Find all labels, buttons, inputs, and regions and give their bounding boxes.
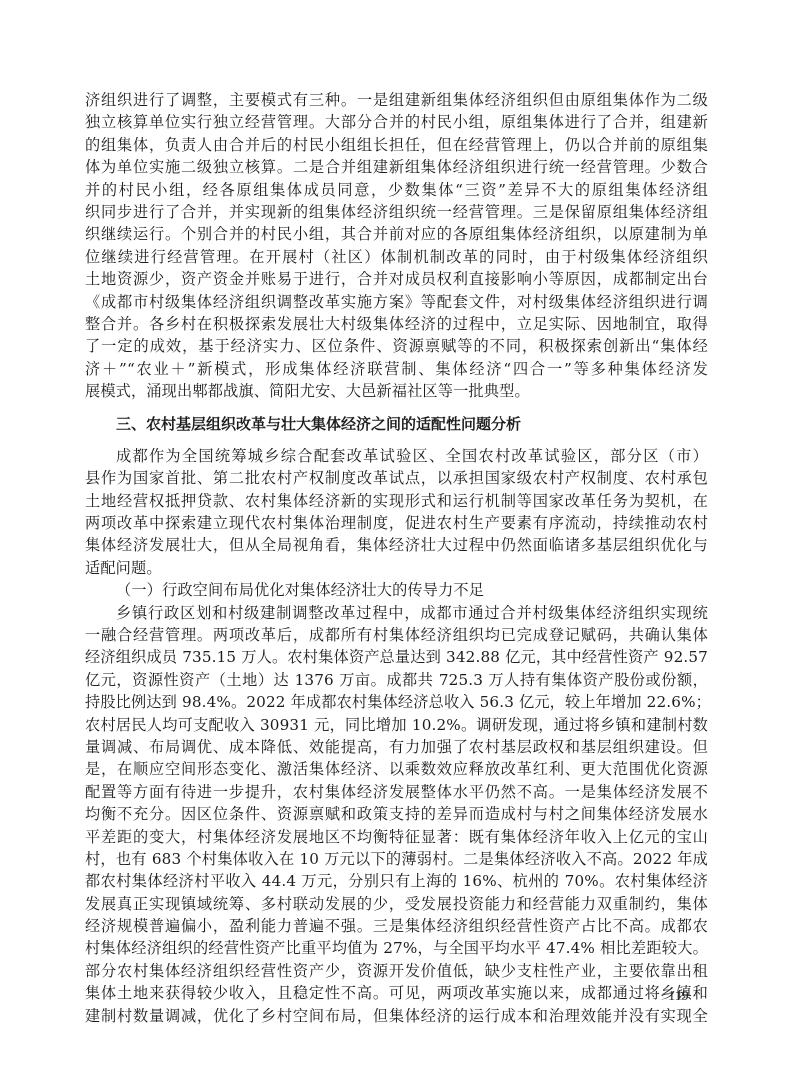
text-line: 亿元，资源性资产（土地）达 1376 万亩。成都共 725.3 万人持有集体资产… <box>85 669 708 691</box>
text-line: 体为单位实施二级独立核算。二是合并组建新组集体经济组织进行统一经营管理。少数合 <box>85 156 708 178</box>
text-line: 适配问题。 <box>85 557 708 579</box>
paragraph-chengdu-reform-context: 成都作为全国统筹城乡综合配套改革试验区、全国农村改革试验区，部分区（市） 县作为… <box>85 445 708 579</box>
text-line: 部分农村集体经济组织经营性资产少，资源开发价值低，缺少支柱性产业，主要依靠出租 <box>85 960 708 982</box>
document-page: 济组织进行了调整，主要模式有三种。一是组建新组集体经济组织但由原组集体作为二级 … <box>85 89 708 1027</box>
text-line: 村，也有 683 个村集体收入在 10 万元以下的薄弱村。二是集体经济收入不高。… <box>85 848 708 870</box>
text-line: 集体经济发展壮大，但从全局视角看，集体经济壮大过程中仍然面临诸多基层组织优化与 <box>85 534 708 556</box>
text-line: 配置等方面有待进一步提升，农村集体经济发展整体水平仍然不高。一是集体经济发展不 <box>85 781 708 803</box>
text-line: 整合并。各乡村在积极探索发展壮大村级集体经济的过程中，立足实际、因地制宜，取得 <box>85 313 708 335</box>
text-line: 集体土地来获得较少收入，且稳定性不高。可见，两项改革实施以来，成都通过将乡镇和 <box>85 982 708 1004</box>
text-line: 经济组织成员 735.15 万人。农村集体资产总量达到 342.88 亿元，其中… <box>85 646 708 668</box>
text-line: 织同步进行了合并，并实现新的组集体经济组织统一经营管理。三是保留原组集体经济组 <box>85 201 708 223</box>
text-line: 村集体经济组织的经营性资产比重平均值为 27%，与全国平均水平 47.4% 相比… <box>85 937 708 959</box>
text-line: 均衡不充分。因区位条件、资源禀赋和政策支持的差异而造成村与村之间集体经济发展水 <box>85 803 708 825</box>
text-line: 了一定的成效，基于经济实力、区位条件、资源禀赋等的不同，积极探索创新出“集体经 <box>85 335 708 357</box>
text-line: 都农村集体经济村平收入 44.4 万元，分别只有上海的 16%、杭州的 70%。… <box>85 870 708 892</box>
page-number: · 119 · <box>660 989 697 1005</box>
paragraph-spatial-layout-analysis: 乡镇行政区划和村级建制调整改革过程中，成都市通过合并村级集体经济组织实现统 一融… <box>85 602 708 1027</box>
text-line: 农村居民人均可支配收入 30931 元，同比增加 10.2%。调研发现，通过将乡… <box>85 714 708 736</box>
text-line: 两项改革中探索建立现代农村集体治理制度，促进农村生产要素有序流动，持续推动农村 <box>85 512 708 534</box>
text-line: 织继续运行。个别合并的村民小组，其合并前对应的各原组集体经济组织，以原建制为单 <box>85 223 708 245</box>
text-line: 量调减、布局调优、成本降低、效能提高，有力加强了农村基层政权和基层组织建设。但 <box>85 736 708 758</box>
text-line: 经济规模普遍偏小，盈利能力普遍不强。三是集体经济组织经营性资产占比不高。成都农 <box>85 915 708 937</box>
text-line: 成都作为全国统筹城乡综合配套改革试验区、全国农村改革试验区，部分区（市） <box>85 445 708 467</box>
text-line: 的组集体，负责人由合并后的村民小组组长担任，但在经营管理上，仍以合并前的原组集 <box>85 134 708 156</box>
text-line: 济＋”“农业＋”新模式，形成集体经济联营制、集体经济“四合一”等多种集体经济发 <box>85 358 708 380</box>
section-heading: 三、农村基层组织改革与壮大集体经济之间的适配性问题分析 <box>85 413 708 435</box>
text-line: 发展真正实现镇域统筹、多村联动发展的少，受发展投资能力和经营能力双重制约，集体 <box>85 893 708 915</box>
text-line: 独立核算单位实行独立经营管理。大部分合并的村民小组，原组集体进行了合并，组建新 <box>85 111 708 133</box>
text-line: 平差距的变大，村集体经济发展地区不均衡特征显著：既有集体经济年收入上亿元的宝山 <box>85 826 708 848</box>
text-line: 并的村民小组，经各原组集体成员同意，少数集体“三资”差异不大的原组集体经济组 <box>85 179 708 201</box>
text-line: 土地经营权抵押贷款、农村集体经济新的实现形式和运行机制等国家改革任务为契机，在 <box>85 490 708 512</box>
text-line: 是，在顺应空间形态变化、激活集体经济、以乘数效应释放改革红利、更大范围优化资源 <box>85 758 708 780</box>
text-line: 位继续进行经营管理。在开展村（社区）体制机制改革的同时，由于村级集体经济组织 <box>85 246 708 268</box>
subsection-heading: （一）行政空间布局优化对集体经济壮大的传导力不足 <box>85 579 708 601</box>
text-line: 乡镇行政区划和村级建制调整改革过程中，成都市通过合并村级集体经济组织实现统 <box>85 602 708 624</box>
text-line: 县作为国家首批、第二批农村产权制度改革试点，以承担国家级农村产权制度、农村承包 <box>85 467 708 489</box>
text-line: 持股比例达到 98.4%。2022 年成都农村集体经济总收入 56.3 亿元，较… <box>85 691 708 713</box>
text-line: 建制村数量调减，优化了乡村空间布局，但集体经济的运行成本和治理效能并没有实现全 <box>85 1005 708 1027</box>
text-line: 《成都市村级集体经济组织调整改革实施方案》等配套文件，对村级集体经济组织进行调 <box>85 291 708 313</box>
text-line: 一融合经营管理。两项改革后，成都所有村集体经济组织均已完成登记赋码，共确认集体 <box>85 624 708 646</box>
paragraph-collective-economy-reorganization: 济组织进行了调整，主要模式有三种。一是组建新组集体经济组织但由原组集体作为二级 … <box>85 89 708 402</box>
text-line: 土地资源少，资产资金并账易于进行，合并对成员权利直接影响小等原因，成都制定出台 <box>85 268 708 290</box>
text-line: 济组织进行了调整，主要模式有三种。一是组建新组集体经济组织但由原组集体作为二级 <box>85 89 708 111</box>
text-line: 展模式，涌现出郫都战旗、简阳尤安、大邑新福社区等一批典型。 <box>85 380 708 402</box>
